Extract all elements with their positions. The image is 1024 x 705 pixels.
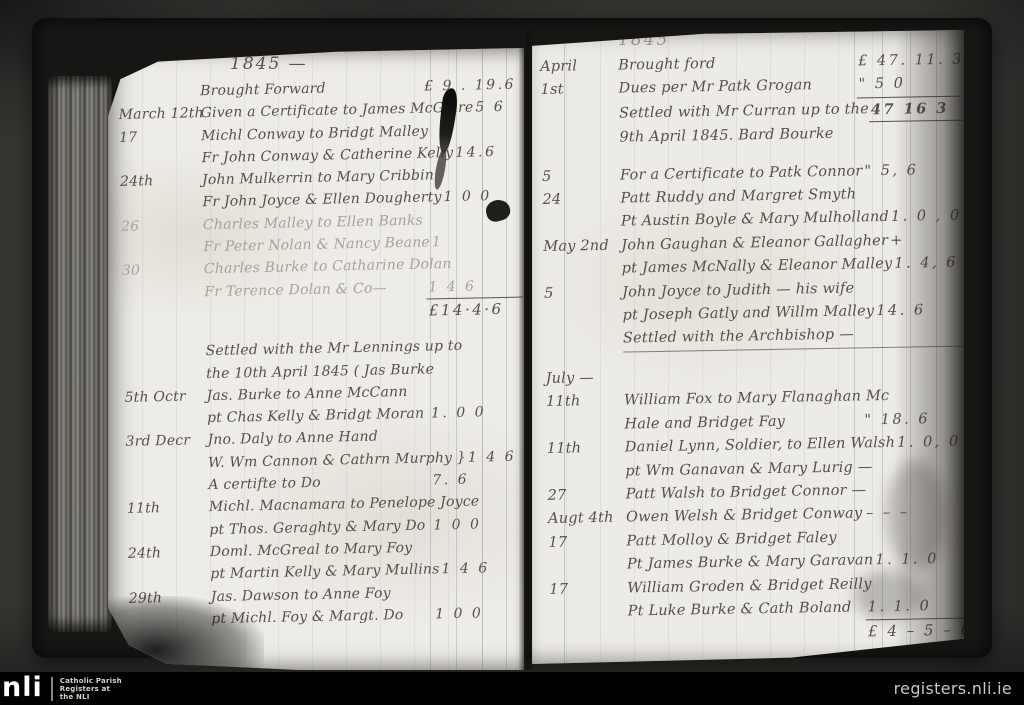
entry-date [543, 328, 623, 354]
entry-date: 5th Octr [122, 385, 206, 409]
entry-date: 30 [120, 259, 204, 283]
entry-amount [434, 163, 524, 187]
entry-amount [861, 360, 964, 385]
entry-date [126, 563, 210, 587]
entry-amount: 47 16 3 [869, 96, 964, 122]
entry-date: 27 [545, 483, 625, 508]
entry-date: 17 [547, 577, 627, 602]
entry-amount: 1 4 6 [439, 557, 524, 581]
entry-date [120, 281, 204, 305]
entry-amount [451, 251, 524, 275]
entry-date [547, 554, 627, 579]
footer-bar: nli Catholic Parish Registers at the NLI… [0, 672, 1024, 705]
entry-date [541, 211, 621, 236]
entry-amount: 1. 0 , 0 [889, 205, 964, 230]
entry-amount [864, 524, 964, 549]
entry-date: Augt 4th [546, 507, 626, 532]
entry-date: 17 [546, 530, 626, 555]
entry-amount [428, 378, 524, 402]
entry-date: April [538, 55, 618, 80]
entry-date [125, 519, 209, 543]
entry-date [122, 363, 206, 387]
entry-date [119, 236, 203, 260]
entry-amount [858, 182, 962, 207]
nli-logo: nli Catholic Parish Registers at the NLI [0, 672, 122, 705]
entry-amount [860, 275, 964, 300]
entry-amount: 1 [430, 230, 524, 254]
entry-date: 24th [118, 169, 202, 193]
entry-date: May 2nd [541, 234, 621, 259]
entry-amount: £ 9 . 19.6 [422, 74, 518, 98]
right-page: 1845 AprilBrought ford£ 47. 11. 31stDues… [532, 30, 964, 664]
entry-amount: " 5 0 [856, 72, 960, 98]
entry-date [545, 460, 625, 485]
entry-date [118, 192, 202, 216]
entry-date [539, 102, 619, 128]
entry-date [121, 303, 205, 328]
entry-date [116, 80, 200, 104]
entry-date [124, 452, 208, 476]
ledger-rule [910, 30, 911, 664]
entry-amount [433, 579, 524, 603]
entry-text: 9th April 1845. Bard Bourke [619, 121, 961, 150]
entry-date: 3rd Decr [123, 430, 207, 454]
entry-amount: £ 47. 11. 3 [856, 49, 960, 74]
entry-date [544, 413, 624, 438]
entry-date [123, 407, 207, 431]
entry-amount: 1. 0 0 [429, 401, 524, 425]
entry-date: 5 [542, 281, 622, 306]
entry-amount: " 18. 6 [862, 407, 964, 432]
entry-amount: 5 6 [473, 95, 524, 119]
entry-date: March 12th [116, 103, 200, 127]
nli-logo-label: Catholic Parish Registers at the NLI [60, 677, 122, 701]
logo-label-line: Catholic Parish [60, 677, 122, 685]
right-page-entries: AprilBrought ford£ 47. 11. 31stDues per … [538, 49, 964, 650]
entry-amount [429, 423, 524, 447]
entry-amount: 1 4 6 [426, 274, 522, 298]
entry-date: 24th [126, 541, 210, 565]
entry-text [205, 299, 427, 327]
entry-amount: + [888, 228, 964, 253]
entry-date: 11th [125, 496, 209, 520]
entry-amount [866, 477, 964, 502]
entry-date [542, 305, 622, 330]
entry-date [542, 258, 622, 283]
left-page-entries: Brought Forward£ 9 . 19.6March 12thGiven… [116, 74, 524, 632]
entry-date: 5 [540, 164, 620, 189]
entry-amount: 1 0 0 [441, 185, 524, 209]
logo-label-line: the NLI [60, 693, 90, 701]
entry-date [548, 624, 628, 650]
entry-amount: £ 4 – 5 – 6 [866, 618, 964, 644]
entry-amount: 14.6 [453, 140, 524, 164]
entry-amount: 1. 0, 0 [895, 430, 964, 455]
logo-separator [51, 677, 53, 701]
register-book: 1845 — Brought Forward£ 9 . 19.6March 12… [32, 18, 992, 658]
entry-date [117, 147, 201, 171]
year-heading-right: 1845 [618, 30, 669, 50]
entry-date: 1st [538, 78, 618, 104]
entry-date: 11th [545, 437, 625, 462]
entry-date: 24 [540, 188, 620, 213]
entry-date [539, 127, 619, 152]
ink-smudge [886, 460, 946, 570]
entry-text [628, 620, 866, 649]
entry-date: 26 [119, 214, 203, 238]
page-edges-fore-edge [48, 76, 112, 632]
entry-amount [889, 383, 964, 408]
left-page: 1845 — Brought Forward£ 9 . 19.6March 12… [108, 48, 524, 670]
entry-date: 17 [117, 125, 201, 149]
entry-amount: 14. 6 [874, 298, 964, 323]
entry-amount: 1 0 0 [431, 512, 524, 536]
entry-amount [432, 534, 524, 558]
entry-text: Settled with the Archbishop — [623, 322, 964, 352]
entry-amount: 1. 1. 0 [873, 548, 964, 573]
entry-amount: 1 0 0 [433, 601, 524, 625]
entry-amount [872, 454, 964, 479]
entry-amount: 1. 4, 6 [892, 251, 964, 276]
entry-amount: " 5, 6 [862, 158, 964, 183]
entry-date [121, 340, 205, 364]
entry-date: 11th [544, 390, 624, 415]
entry-date [124, 474, 208, 498]
entry-amount: – – – [864, 501, 964, 526]
site-watermark: registers.nli.ie [894, 679, 1012, 698]
ledger-rule [936, 30, 937, 664]
entry-amount: 1 4 6 [466, 444, 524, 468]
scan-viewport: 1845 — Brought Forward£ 9 . 19.6March 12… [0, 0, 1024, 705]
year-heading-left: 1845 — [230, 54, 308, 74]
entry-date: July — [543, 366, 623, 391]
entry-amount: 7. 6 [430, 468, 524, 492]
entry-date [548, 600, 628, 625]
ink-smudge [854, 570, 924, 620]
entry-amount: £14·4·6 [427, 297, 523, 322]
book-gutter [518, 30, 534, 670]
logo-label-line: Registers at [60, 685, 110, 693]
nli-logo-mark: nli [2, 675, 43, 701]
